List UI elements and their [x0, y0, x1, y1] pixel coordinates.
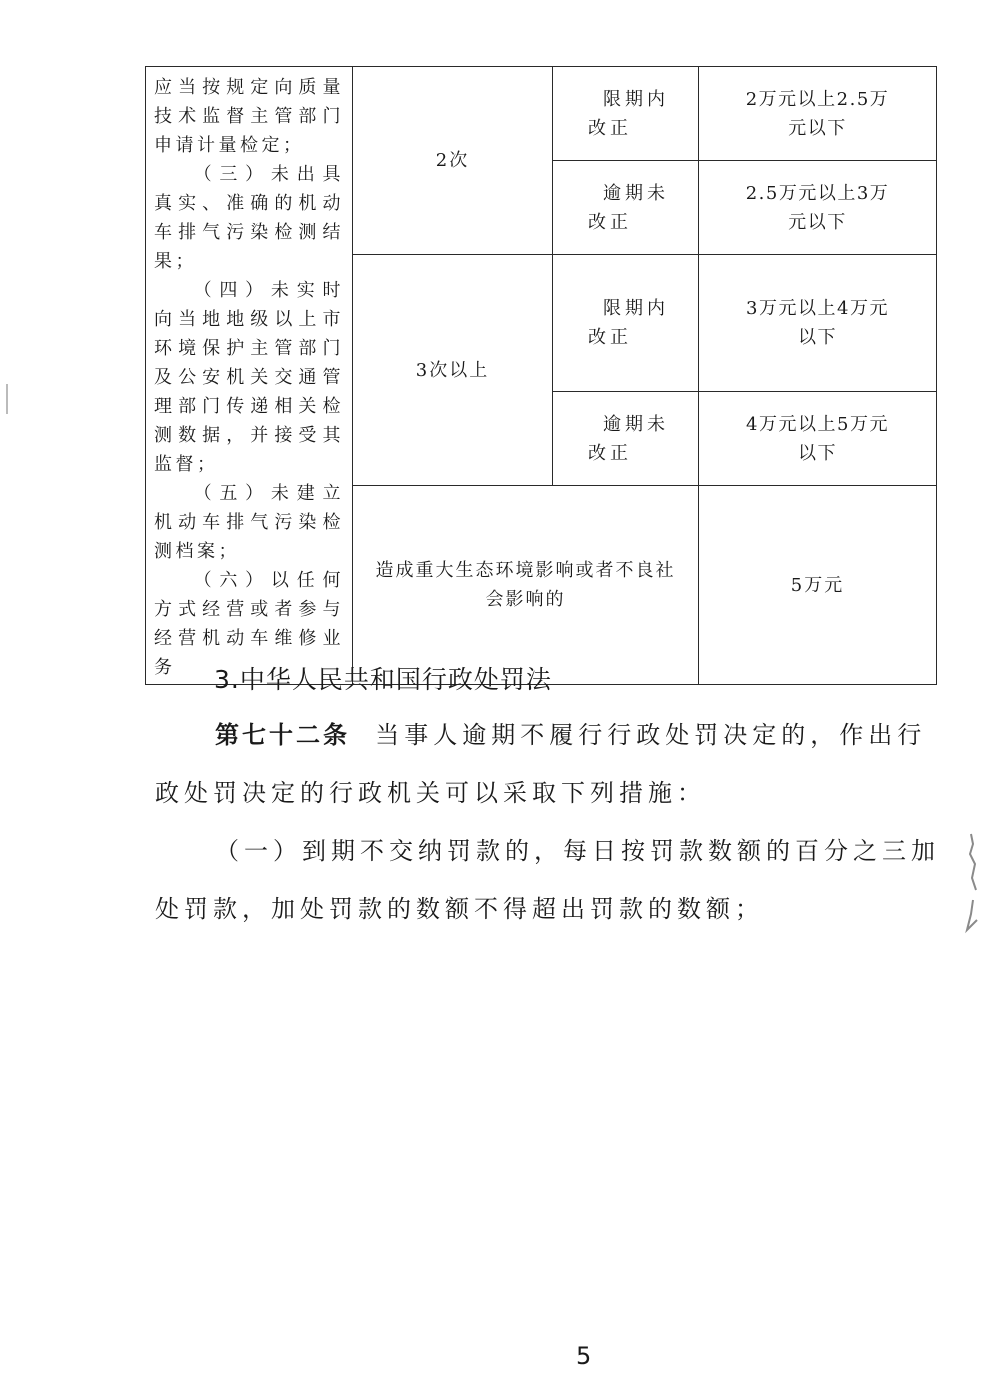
amount-line: 3万元以上4万元	[699, 294, 936, 323]
status-line: 改正	[588, 208, 698, 237]
scan-artifact	[963, 830, 985, 940]
amount-line: 2.5万元以上3万	[699, 179, 936, 208]
amount-line: 元以下	[699, 208, 936, 237]
status-line: 改正	[588, 114, 698, 143]
status-line: 改正	[588, 323, 698, 352]
amount-line: 元以下	[699, 114, 936, 143]
document-page: 应当按规定向质量技术监督主管部门申请计量检定； （三）未出具真实、准确的机动车排…	[0, 0, 1000, 1384]
status-line: 逾期未	[603, 410, 698, 439]
fine-amount-cell: 4万元以上5万元 以下	[699, 392, 937, 486]
penalty-table: 应当按规定向质量技术监督主管部门申请计量检定； （三）未出具真实、准确的机动车排…	[145, 66, 937, 685]
article-label: 第七十二条	[215, 721, 350, 749]
violation-paragraph: 应当按规定向质量技术监督主管部门申请计量检定；	[154, 73, 344, 160]
article-item-paragraph: （一）到期不交纳罚款的，每日按罚款数额的百分之三加处罚款，加处罚款的数额不得超出…	[155, 822, 945, 938]
amount-line: 2万元以上2.5万	[699, 85, 936, 114]
severe-condition-cell: 造成重大生态环境影响或者不良社会影响的	[353, 486, 699, 685]
correction-status-cell: 限期内 改正	[553, 255, 699, 392]
status-line: 限期内	[603, 294, 698, 323]
fine-amount-cell: 2万元以上2.5万 元以下	[699, 67, 937, 161]
article-item-text: （一）到期不交纳罚款的，每日按罚款数额的百分之三加处罚款，加处罚款的数额不得超出…	[155, 837, 940, 923]
correction-status-cell: 限期内 改正	[553, 67, 699, 161]
article-paragraph: 第七十二条 当事人逾期不履行行政处罚决定的，作出行政处罚决定的行政机关可以采取下…	[155, 706, 945, 822]
severe-amount-cell: 5万元	[699, 486, 937, 685]
amount-line: 以下	[699, 323, 936, 352]
correction-status-cell: 逾期未 改正	[553, 161, 699, 255]
scan-artifact	[6, 384, 8, 414]
violation-paragraph: （四）未实时向当地地级以上市环境保护主管部门及公安机关交通管理部门传递相关检测数…	[154, 276, 344, 479]
fine-amount-cell: 3万元以上4万元 以下	[699, 255, 937, 392]
status-line: 限期内	[603, 85, 698, 114]
section-heading: 3.中华人民共和国行政处罚法	[214, 660, 552, 696]
offense-count-cell: 2次	[353, 67, 553, 255]
offense-count-cell: 3次以上	[353, 255, 553, 486]
status-line: 改正	[588, 439, 698, 468]
amount-line: 以下	[699, 439, 936, 468]
violation-description-cell: 应当按规定向质量技术监督主管部门申请计量检定； （三）未出具真实、准确的机动车排…	[146, 67, 353, 685]
table-row: 应当按规定向质量技术监督主管部门申请计量检定； （三）未出具真实、准确的机动车排…	[146, 67, 937, 161]
status-line: 逾期未	[603, 179, 698, 208]
violation-paragraph: （三）未出具真实、准确的机动车排气污染检测结果；	[154, 160, 344, 276]
fine-amount-cell: 2.5万元以上3万 元以下	[699, 161, 937, 255]
correction-status-cell: 逾期未 改正	[553, 392, 699, 486]
amount-line: 4万元以上5万元	[699, 410, 936, 439]
violation-paragraph: （五）未建立机动车排气污染检测档案；	[154, 479, 344, 566]
page-number: 5	[576, 1342, 591, 1370]
